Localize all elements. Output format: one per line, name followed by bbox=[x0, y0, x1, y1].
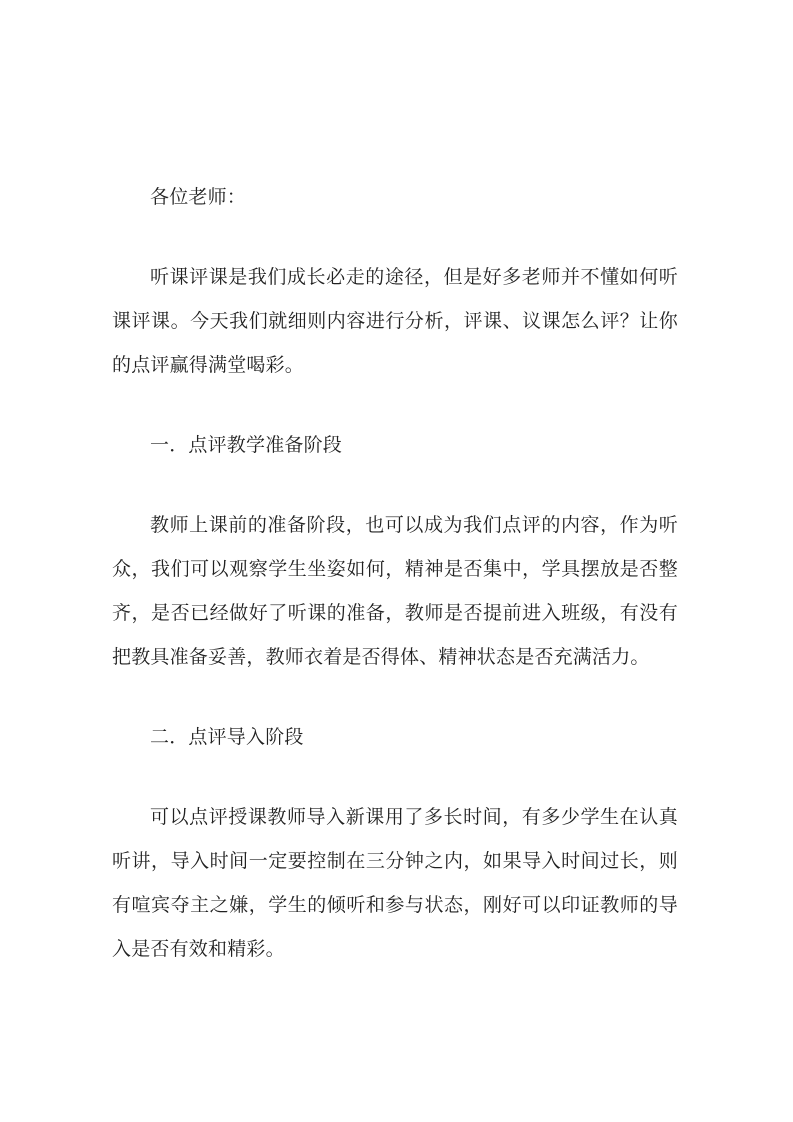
section-2-paragraph: 可以点评授课教师导入新课用了多长时间，有多少学生在认真听讲，导入时间一定要控制在… bbox=[112, 796, 678, 972]
section-heading-2: 二．点评导入阶段 bbox=[112, 716, 678, 760]
section-1-paragraph: 教师上课前的准备阶段，也可以成为我们点评的内容，作为听众，我们可以观察学生坐姿如… bbox=[112, 504, 678, 680]
section-heading-1: 一．点评教学准备阶段 bbox=[112, 424, 678, 468]
intro-paragraph: 听课评课是我们成长必走的途径，但是好多老师并不懂如何听课评课。今天我们就细则内容… bbox=[112, 256, 678, 388]
document-content: 各位老师： 听课评课是我们成长必走的途径，但是好多老师并不懂如何听课评课。今天我… bbox=[0, 0, 793, 972]
salutation: 各位老师： bbox=[112, 176, 678, 220]
document-page: 各位老师： 听课评课是我们成长必走的途径，但是好多老师并不懂如何听课评课。今天我… bbox=[0, 0, 793, 1122]
